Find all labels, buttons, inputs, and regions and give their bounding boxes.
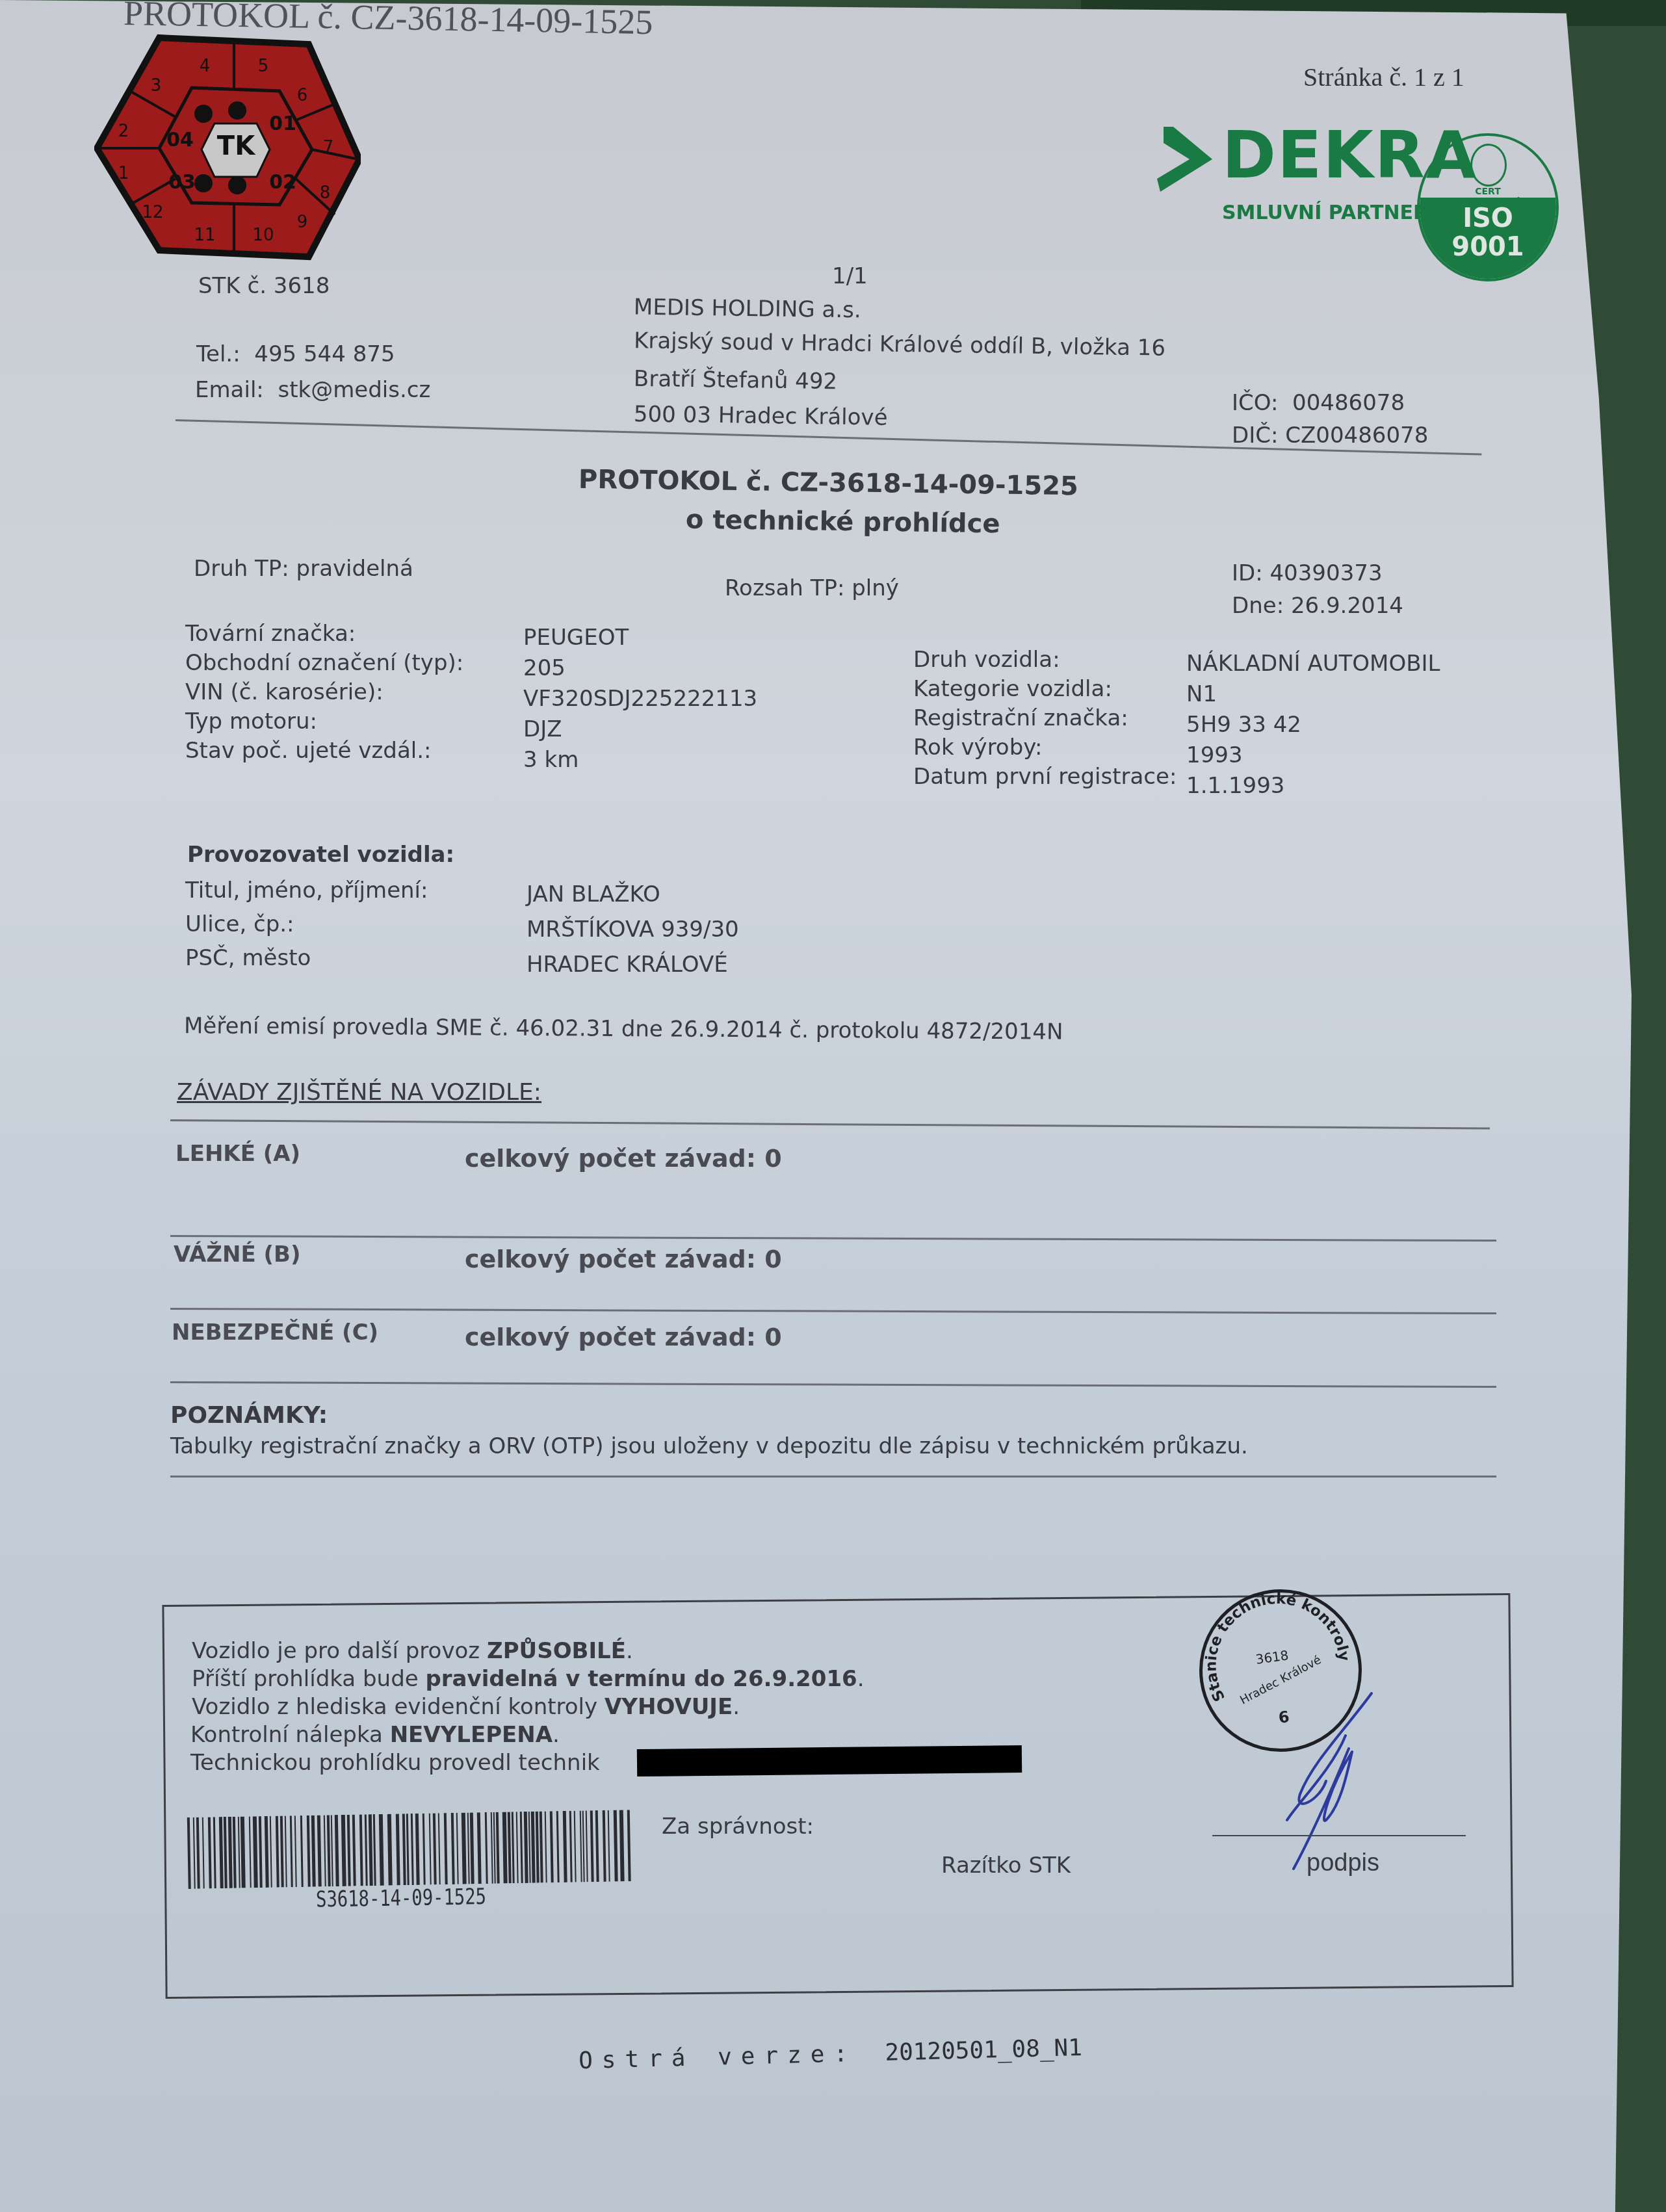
station-number: STK č. 3618 [198, 273, 330, 299]
next-inspection: pravidelná v termínu do 26.9.2016 [425, 1666, 857, 1692]
signature-label: podpis [1307, 1849, 1379, 1877]
detail-value: HRADEC KRÁLOVÉ [527, 952, 728, 978]
company-dic: DIČ: CZ00486078 [1232, 423, 1428, 449]
svg-text:04: 04 [166, 129, 194, 151]
defect-divider [170, 1308, 1496, 1314]
svg-text:4: 4 [200, 57, 211, 76]
svg-text:5: 5 [258, 57, 269, 76]
detail-label: Stav poč. ujeté vzdál.: [185, 738, 431, 764]
signature-icon [1274, 1690, 1404, 1872]
operator-heading: Provozovatel vozidla: [187, 842, 454, 868]
svg-text:02: 02 [269, 171, 296, 194]
svg-text:03: 03 [168, 171, 196, 194]
company-city: 500 03 Hradec Králové [634, 401, 888, 430]
dekra-arrow-icon [1157, 124, 1216, 195]
version-info: Ostrá verze: 20120501_08_N1 [579, 2035, 1083, 2074]
svg-text:12: 12 [142, 203, 163, 222]
defect-divider [170, 1381, 1496, 1388]
company-name: MEDIS HOLDING a.s. [634, 294, 861, 324]
inspection-scope: Rozsah TP: plný [725, 575, 899, 601]
inspection-type: Druh TP: pravidelná [194, 556, 413, 582]
svg-text:2: 2 [118, 122, 129, 141]
protocol-subtitle: o technické prohlídce [686, 505, 1000, 540]
detail-label: Obchodní označení (typ): [185, 650, 463, 676]
detail-value: JAN BLAŽKO [527, 881, 660, 907]
detail-label: Typ motoru: [185, 709, 317, 735]
svg-text:9: 9 [297, 213, 308, 232]
result-line-4: Kontrolní nálepka NEVYLEPENA. [190, 1722, 560, 1748]
tel-value: 495 544 875 [254, 341, 395, 367]
detail-label: VIN (č. karosérie): [185, 679, 384, 705]
detail-value: PEUGEOT [523, 625, 629, 651]
company-ico: IČO: 00486078 [1232, 390, 1405, 416]
station-tel: Tel.: 495 544 875 [196, 341, 395, 367]
page-indicator: Stránka č. 1 z 1 [1303, 62, 1464, 92]
detail-label: PSČ, město [185, 945, 311, 971]
inspection-date: Dne: 26.9.2014 [1232, 593, 1403, 619]
defect-count: celkový počet závad: 0 [465, 1245, 782, 1273]
detail-label: Tovární značka: [185, 621, 356, 647]
defect-count: celkový počet závad: 0 [465, 1144, 782, 1173]
svg-text:10: 10 [252, 226, 274, 245]
detail-label: Datum první registrace: [913, 764, 1177, 790]
station-email: Email: stk@medis.cz [195, 377, 430, 403]
redacted-technician-name [637, 1745, 1022, 1776]
detail-value: DJZ [523, 716, 562, 742]
inspection-id: ID: 40390373 [1232, 560, 1383, 586]
notes-heading: POZNÁMKY: [170, 1402, 328, 1429]
email-link[interactable]: stk@medis.cz [278, 377, 430, 403]
detail-label: Ulice, čp.: [185, 911, 294, 937]
defect-category: NEBEZPEČNÉ (C) [172, 1320, 378, 1346]
barcode: S3618-14-09-1525 [185, 1810, 641, 1908]
detail-value: MRŠTÍKOVA 939/30 [527, 917, 739, 943]
inspection-sticker-icon: TK 45 67 89 1011 121 23 0401 0203 [94, 33, 361, 263]
detail-label: Registrační značka: [913, 705, 1128, 731]
registry-check-status: VYHOVUJE [605, 1694, 733, 1720]
svg-text:11: 11 [194, 226, 215, 245]
detail-label: Titul, jméno, příjmení: [185, 878, 428, 904]
detail-value: 1993 [1186, 742, 1243, 768]
detail-value: 5H9 33 42 [1186, 712, 1301, 738]
svg-text:6: 6 [297, 86, 308, 105]
emissions-note: Měření emisí provedla SME č. 46.02.31 dn… [184, 1013, 1063, 1045]
defect-category: LEHKÉ (A) [176, 1141, 300, 1167]
defect-category: VÁŽNÉ (B) [174, 1242, 300, 1268]
razitko-label: Razítko STK [941, 1853, 1071, 1879]
document-page: PROTOKOL č. CZ-3618-14-09-1525 Stránka č… [0, 0, 1632, 2212]
defect-divider [170, 1235, 1496, 1242]
svg-text:01: 01 [269, 112, 296, 135]
svg-text:TK: TK [217, 131, 256, 161]
detail-value: 3 km [523, 747, 579, 773]
notes-divider [170, 1476, 1496, 1477]
signature-line [1212, 1835, 1466, 1836]
iso-9001-badge: CERT CERTIFIKOVÁNO ISO 9001 [1417, 133, 1559, 281]
za-spravnost-label: Za správnost: [662, 1814, 814, 1840]
detail-label: Kategorie vozidla: [913, 676, 1112, 702]
defects-heading: ZÁVADY ZJIŠTĚNÉ NA VOZIDLE: [177, 1079, 541, 1106]
result-line-5: Technickou prohlídku provedl technik [190, 1750, 600, 1776]
detail-value: N1 [1186, 681, 1217, 707]
defect-count: celkový počet závad: 0 [465, 1323, 782, 1351]
barcode-text: S3618-14-09-1525 [316, 1884, 487, 1913]
detail-label: Rok výroby: [913, 735, 1042, 761]
protocol-title: PROTOKOL č. CZ-3618-14-09-1525 [579, 465, 1078, 502]
notes-text: Tabulky registrační značky a ORV (OTP) j… [170, 1433, 1248, 1459]
company-street: Bratří Štefanů 492 [634, 366, 838, 395]
result-line-2: Příští prohlídka bude pravidelná v termí… [192, 1666, 865, 1692]
fitness-status: ZPŮSOBILÉ [487, 1638, 626, 1664]
detail-value: NÁKLADNÍ AUTOMOBIL [1186, 651, 1440, 677]
page-fraction: 1/1 [832, 263, 868, 289]
svg-text:8: 8 [320, 183, 331, 203]
svg-text:3618: 3618 [1255, 1647, 1290, 1667]
result-line-3: Vozidlo z hlediska evidenční kontroly VY… [192, 1694, 740, 1720]
svg-text:1: 1 [118, 164, 129, 183]
svg-text:3: 3 [151, 76, 162, 96]
result-line-1: Vozidlo je pro další provoz ZPŮSOBILÉ. [192, 1638, 633, 1664]
detail-label: Druh vozidla: [913, 647, 1060, 673]
detail-value: 205 [523, 655, 566, 681]
svg-text:7: 7 [323, 138, 334, 157]
company-registry: Krajský soud v Hradci Králové oddíl B, v… [634, 328, 1165, 361]
detail-value: VF320SDJ225222113 [523, 686, 757, 712]
cert-q-icon [1470, 144, 1507, 187]
sticker-status: NEVYLEPENA [390, 1722, 553, 1748]
detail-value: 1.1.1993 [1186, 773, 1284, 799]
defects-divider-top [170, 1119, 1490, 1129]
